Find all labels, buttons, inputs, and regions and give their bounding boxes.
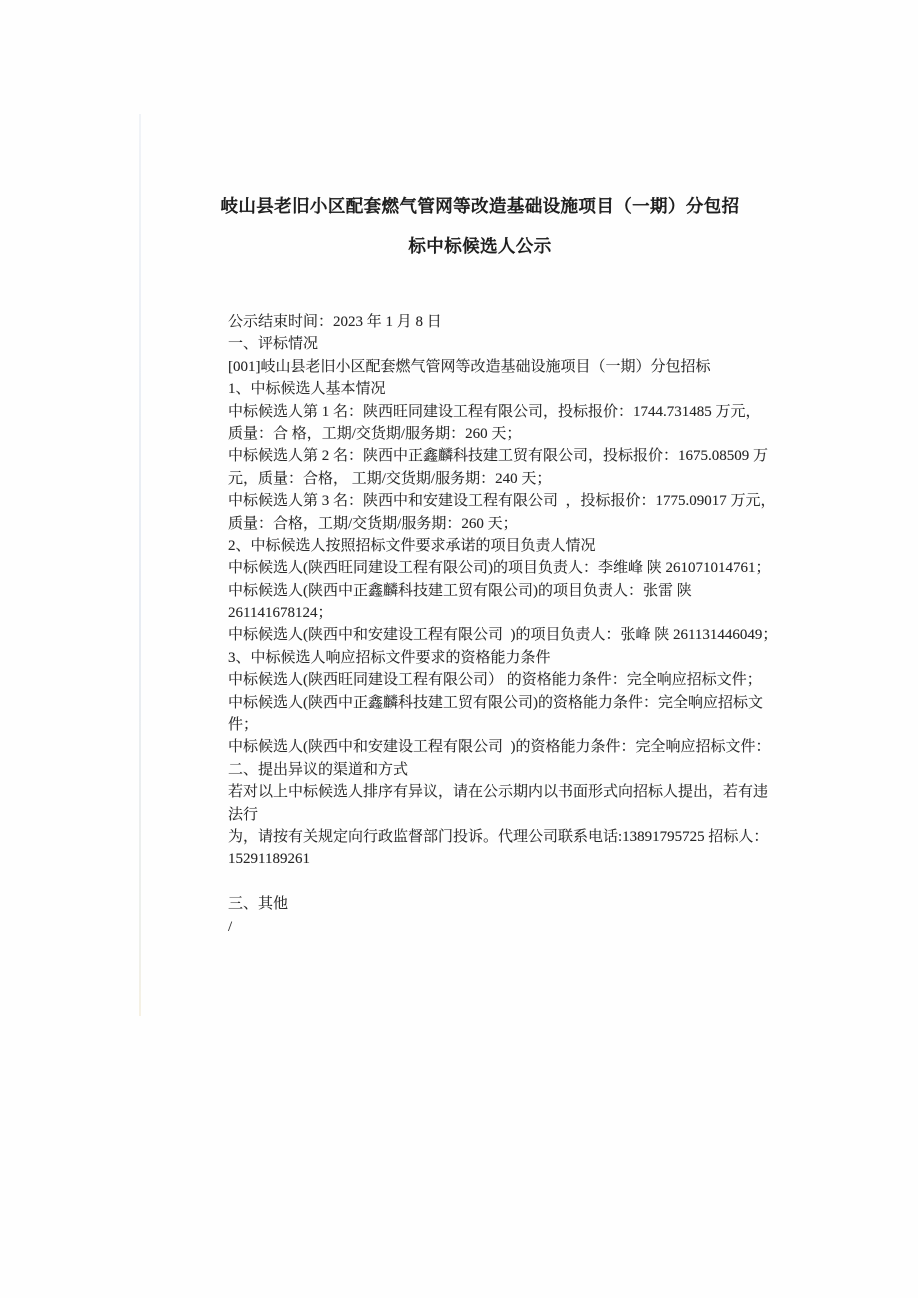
document-line: [001]岐山县老旧小区配套燃气管网等改造基础设施项目（一期）分包招标 <box>228 356 728 378</box>
document-line: / <box>228 916 728 938</box>
document-line: 中标候选人第 2 名：陕西中正鑫麟科技建工贸有限公司，投标报价：1675.085… <box>228 445 728 467</box>
document-line: 元，质量：合格， 工期/交货期/服务期：240 天； <box>228 468 728 490</box>
document-line: 1、中标候选人基本情况 <box>228 378 728 400</box>
document-line: 若对以上中标候选人排序有异议，请在公示期内以书面形式向招标人提出，若有违 <box>228 781 728 803</box>
scanned-document-page: 岐山县老旧小区配套燃气管网等改造基础设施项目（一期）分包招 标中标候选人公示 公… <box>0 0 918 1298</box>
document-line: 中标候选人(陕西中和安建设工程有限公司 )的项目负责人：张峰 陕 2611314… <box>228 624 728 646</box>
document-line: 中标候选人(陕西中正鑫麟科技建工贸有限公司)的项目负责人：张雷 陕 <box>228 580 728 602</box>
document-line: 2、中标候选人按照招标文件要求承诺的项目负责人情况 <box>228 535 728 557</box>
document-line: 中标候选人(陕西中正鑫麟科技建工贸有限公司)的资格能力条件：完全响应招标文 <box>228 692 728 714</box>
page-edge-scan-line <box>139 114 141 1016</box>
document-line: 质量：合格，工期/交货期/服务期：260 天； <box>228 513 728 535</box>
document-body: 公示结束时间：2023 年 1 月 8 日 一、评标情况 [001]岐山县老旧小… <box>228 311 728 938</box>
document-line: 件； <box>228 714 728 736</box>
document-line: 公示结束时间：2023 年 1 月 8 日 <box>228 311 728 333</box>
document-line: 中标候选人(陕西旺同建设工程有限公司） 的资格能力条件：完全响应招标文件； <box>228 669 728 691</box>
document-line: 质量：合 格，工期/交货期/服务期：260 天； <box>228 423 728 445</box>
document-line: 中标候选人第 3 名：陕西中和安建设工程有限公司 ，投标报价：1775.0901… <box>228 490 728 512</box>
document-line: 中标候选人第 1 名：陕西旺同建设工程有限公司，投标报价：1744.731485… <box>228 401 728 423</box>
document-line: 中标候选人(陕西中和安建设工程有限公司 )的资格能力条件：完全响应招标文件： <box>228 736 728 758</box>
document-title: 岐山县老旧小区配套燃气管网等改造基础设施项目（一期）分包招 标中标候选人公示 <box>207 186 753 266</box>
document-blank-line <box>228 871 728 893</box>
document-line: 为，请按有关规定向行政监督部门投诉。代理公司联系电话:13891795725 招… <box>228 826 728 848</box>
document-line: 二、提出异议的渠道和方式 <box>228 759 728 781</box>
document-line: 一、评标情况 <box>228 333 728 355</box>
document-line: 三、其他 <box>228 893 728 915</box>
document-line: 3、中标候选人响应招标文件要求的资格能力条件 <box>228 647 728 669</box>
document-title-line-1: 岐山县老旧小区配套燃气管网等改造基础设施项目（一期）分包招 <box>207 186 753 226</box>
document-line: 法行 <box>228 804 728 826</box>
document-line: 中标候选人(陕西旺同建设工程有限公司)的项目负责人：李维峰 陕 26107101… <box>228 557 728 579</box>
document-line: 15291189261 <box>228 848 728 870</box>
document-title-line-2: 标中标候选人公示 <box>207 226 753 266</box>
document-line: 261141678124； <box>228 602 728 624</box>
